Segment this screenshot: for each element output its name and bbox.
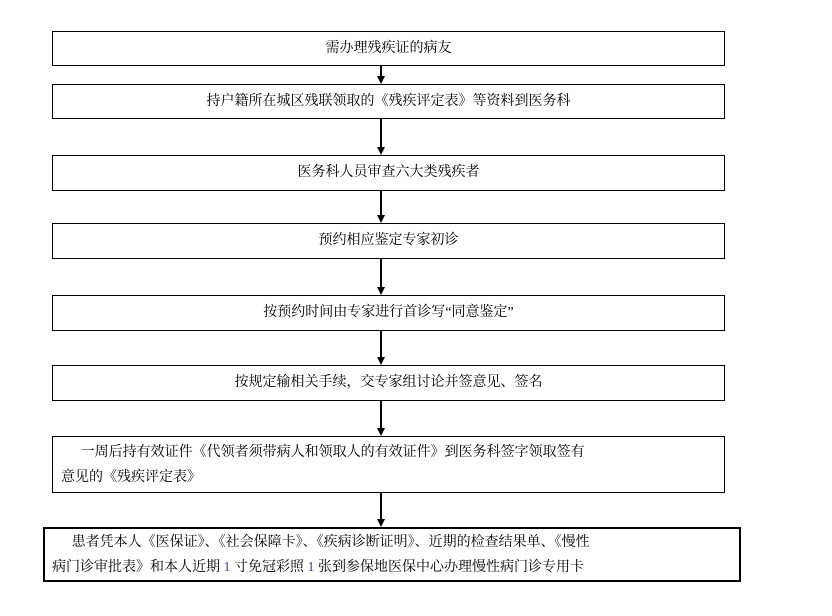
flow-step-6-label: 按规定输相关手续，交专家组讨论并签意见、签名: [235, 375, 543, 391]
arrow-head-icon: [377, 215, 385, 223]
down-arrow-connector-1: [377, 66, 386, 84]
arrow-head-icon: [377, 287, 385, 295]
flow-step-5-label: 按预约时间由专家进行首诊写“同意鉴定”: [263, 305, 513, 321]
arrow-shaft: [380, 401, 382, 429]
down-arrow-connector-5: [377, 331, 386, 365]
arrow-head-icon: [377, 357, 385, 365]
arrow-head-icon: [377, 76, 385, 84]
flow-step-1: 需办理残疾证的病友: [52, 31, 725, 66]
flow-step-8: 患者凭本人《医保证》、《社会保障卡》、《疾病诊断证明》、近期的检查结果单、《慢性…: [43, 527, 741, 582]
arrow-head-icon: [377, 519, 385, 527]
flow-step-7-line-1: 一周后持有效证件《代领者须带病人和领取人的有效证件》到医务科签字领取签有: [61, 440, 716, 465]
down-arrow-connector-2: [377, 119, 386, 155]
arrow-shaft: [380, 259, 382, 288]
arrow-shaft: [380, 331, 382, 358]
flow-step-2-label: 持户籍所在城区残联领取的《残疾评定表》等资料到医务科: [207, 94, 571, 110]
arrow-shaft: [380, 493, 382, 520]
flow-step-8-line-2-pre: 病门诊审批表》和本人近期: [52, 560, 224, 575]
flow-step-8-line-2-post: 张到参保地医保中心办理慢性病门诊专用卡: [315, 560, 585, 575]
flow-step-8-line-2-mid: 寸免冠彩照: [231, 560, 308, 575]
down-arrow-connector-7: [377, 493, 386, 527]
flow-step-8-number-2: 1: [308, 560, 315, 575]
arrow-shaft: [380, 119, 382, 148]
flowchart-canvas: 需办理残疾证的病友 持户籍所在城区残联领取的《残疾评定表》等资料到医务科 医务科…: [0, 0, 832, 616]
flow-step-6: 按规定输相关手续，交专家组讨论并签意见、签名: [52, 365, 725, 401]
flow-step-2: 持户籍所在城区残联领取的《残疾评定表》等资料到医务科: [52, 84, 725, 119]
down-arrow-connector-4: [377, 259, 386, 295]
flow-step-7: 一周后持有效证件《代领者须带病人和领取人的有效证件》到医务科签字领取签有 意见的…: [52, 436, 725, 493]
arrow-head-icon: [377, 428, 385, 436]
flow-step-8-number-1: 1: [224, 560, 231, 575]
flow-step-3-label: 医务科人员审查六大类残疾者: [298, 165, 480, 181]
flow-step-1-label: 需办理残疾证的病友: [326, 41, 452, 57]
flow-step-8-line-1: 患者凭本人《医保证》、《社会保障卡》、《疾病诊断证明》、近期的检查结果单、《慢性: [52, 530, 732, 555]
arrow-head-icon: [377, 147, 385, 155]
flow-step-4-label: 预约相应鉴定专家初诊: [319, 233, 459, 249]
down-arrow-connector-3: [377, 191, 386, 223]
flow-step-7-line-2: 意见的《残疾评定表》: [61, 465, 716, 490]
flow-step-8-line-2: 病门诊审批表》和本人近期 1 寸免冠彩照 1 张到参保地医保中心办理慢性病门诊专…: [52, 555, 732, 580]
arrow-shaft: [380, 191, 382, 216]
flow-step-4: 预约相应鉴定专家初诊: [52, 223, 725, 259]
down-arrow-connector-6: [377, 401, 386, 436]
flow-step-3: 医务科人员审查六大类残疾者: [52, 155, 725, 191]
flow-step-5: 按预约时间由专家进行首诊写“同意鉴定”: [52, 295, 725, 331]
